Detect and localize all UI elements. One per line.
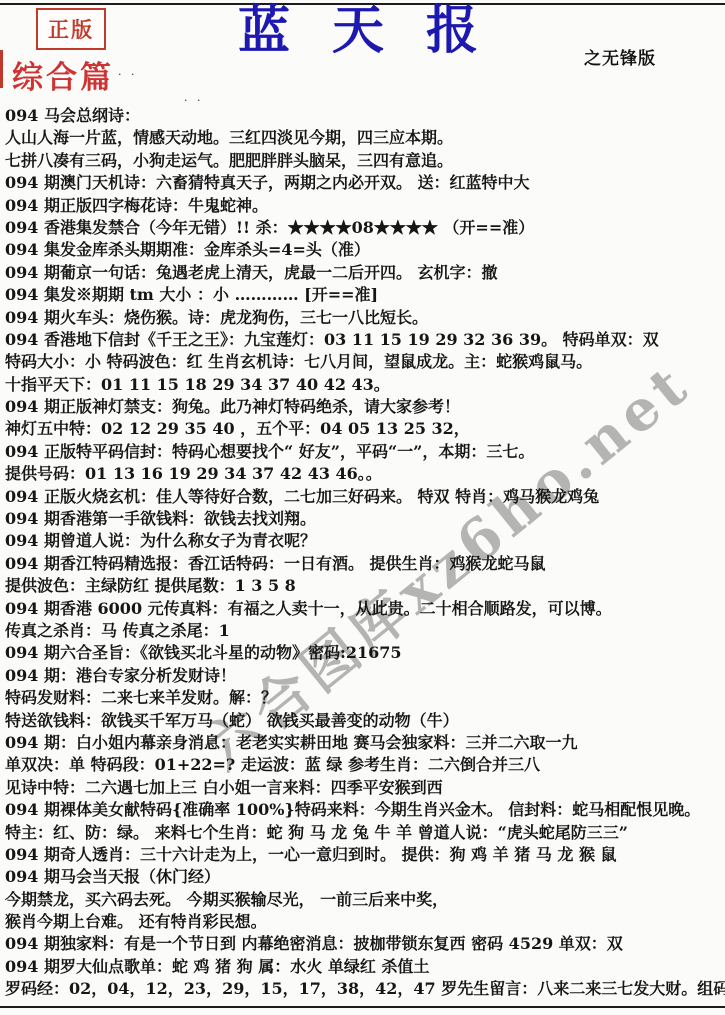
report-line: 094 期罗大仙点歌单：蛇 鸡 猪 狗 属：水火 单绿红 杀值土 bbox=[5, 956, 723, 978]
report-line: 单双决：单 特码段：01+22=? 走运波：蓝 绿 参考生肖：二六倒合并三八 bbox=[5, 754, 723, 776]
left-red-edge-mark bbox=[0, 50, 3, 88]
report-line: 今期禁龙，买六码去死。 今期买猴输尽光， 一前三后来中奖， bbox=[5, 889, 723, 911]
report-body: 094 马会总纲诗：人山人海一片蓝，情感天动地。三红四淡见今期，四三应本期。七拼… bbox=[5, 105, 723, 1001]
report-line: 提供号码：01 13 16 19 29 34 37 42 43 46。。 bbox=[5, 463, 723, 485]
page-title: 蓝天报 bbox=[238, 0, 520, 62]
report-line: 094 马会总纲诗： bbox=[5, 105, 723, 127]
report-line: 罗码经：02，04，12，23，29，15，17，38，42，47 罗先生留言：… bbox=[5, 978, 723, 1000]
report-line: 094 香港集发禁合（今年无错）!! 杀：★★★★08★★★★ （开==准） bbox=[5, 217, 723, 239]
report-line: 094 期奇人透肖：三十六计走为上，一心一意归到时。 提供：狗 鸡 羊 猪 马 … bbox=[5, 844, 723, 866]
report-line: 特送欲钱料：欲钱买千军万马（蛇） 欲钱买最善变的动物（牛） bbox=[5, 710, 723, 732]
report-line: 094 正版特平码信封：特码心想要找个“ 好友”，平码“一”，本期：三七。 bbox=[5, 441, 723, 463]
report-line: 094 香港地下信封《千王之王》：九宝莲灯：03 11 15 19 29 32 … bbox=[5, 329, 723, 351]
report-line: 传真之杀肖：马 传真之杀尾：1 bbox=[5, 620, 723, 642]
report-line: 094 期马会当天报（休门经） bbox=[5, 866, 723, 888]
report-line: 特码发财料：二来七来羊发财。解：？ bbox=[5, 687, 723, 709]
report-line: 094 期六合圣旨：《欲钱买北斗星的动物》密码:21675 bbox=[5, 642, 723, 664]
report-line: 094 集发金库杀头期期准：金库杀头=4=头（准） bbox=[5, 239, 723, 261]
scan-artifact-dots: · · bbox=[118, 68, 138, 81]
report-line: 094 期正版四字梅花诗：牛鬼蛇神。 bbox=[5, 195, 723, 217]
report-line: 094 期澳门天机诗：六畜猜特真天子，两期之内必开双。 送：红蓝特中大 bbox=[5, 172, 723, 194]
report-line: 094 正版火烧玄机：佳人等待好合数，二七加三好码来。 特双 特肖：鸡马猴龙鸡兔 bbox=[5, 486, 723, 508]
bottom-divider bbox=[0, 1006, 725, 1008]
authentic-badge: 正版 bbox=[36, 8, 106, 50]
report-line: 094 期独家料：有是一个节日到 内幕绝密消息：披枷带锁东复西 密码 4529 … bbox=[5, 933, 723, 955]
report-line: 见诗中特：二六遇七加上三 白小姐一言来料：四季平安猴到西 bbox=[5, 777, 723, 799]
report-line: 094 期香港第一手欲钱料：欲钱去找刘翔。 bbox=[5, 508, 723, 530]
section-heading: 综合篇 bbox=[12, 52, 114, 97]
report-line: 十指平天下：01 11 15 18 29 34 37 40 42 43。 bbox=[5, 374, 723, 396]
report-line: 094 期裸体美女献特码{准确率 100%}特码来料：今期生肖兴金木。 信封料：… bbox=[5, 799, 723, 821]
report-line: 094 集发※期期 tm 大小 ：小 ………… [开==准] bbox=[5, 284, 723, 306]
report-line: 094 期香江特码精选报：香江话特码：一日有酒。 提供生肖：鸡猴龙蛇马鼠 bbox=[5, 553, 723, 575]
report-line: 094 期：港台专家分析发财诗！ bbox=[5, 665, 723, 687]
report-line: 神灯五中特：02 12 29 35 40 ，五个平：04 05 13 25 32… bbox=[5, 418, 723, 440]
report-line: 094 期：白小姐内幕亲身消息：老老实实耕田地 赛马会独家料：三并二六取一九 bbox=[5, 732, 723, 754]
scanned-lottery-report-page: { "header": { "badge": "正版", "title": "蓝… bbox=[0, 0, 725, 1015]
report-line: 特码大小：小 特码波色：红 生肖玄机诗：七八月间，望鼠成龙。主：蛇猴鸡鼠马。 bbox=[5, 351, 723, 373]
report-line: 094 期火车头：烧伤猴。诗：虎龙狗伤，三七一八比短长。 bbox=[5, 307, 723, 329]
report-line: 七拼八凑有三码，小狗走运气。肥肥胖胖头脑呆，三四有意追。 bbox=[5, 150, 723, 172]
report-line: 人山人海一片蓝，情感天动地。三红四淡见今期，四三应本期。 bbox=[5, 127, 723, 149]
report-line: 094 期香港 6000 元传真料：有福之人卖十一，从此贵。二十相合顺路发，可以… bbox=[5, 598, 723, 620]
report-line: 094 期正版神灯禁支：狗兔。此乃神灯特码绝杀，请大家参考！ bbox=[5, 396, 723, 418]
edition-label: 之无锋版 bbox=[584, 44, 656, 69]
report-line: 094 期葡京一句话：兔遇老虎上清天，虎最一二后开四。 玄机字：撤 bbox=[5, 262, 723, 284]
report-line: 特主：红、防：绿。 来料七个生肖：蛇 狗 马 龙 兔 牛 羊 曾道人说：“虎头蛇… bbox=[5, 822, 723, 844]
report-line: 提供波色：主绿防红 提供尾数：1 3 5 8 bbox=[5, 575, 723, 597]
report-line: 猴肖今期上台难。 还有特肖彩民想。 bbox=[5, 911, 723, 933]
report-line: 094 期曾道人说：为什么称女子为青衣呢？ bbox=[5, 530, 723, 552]
